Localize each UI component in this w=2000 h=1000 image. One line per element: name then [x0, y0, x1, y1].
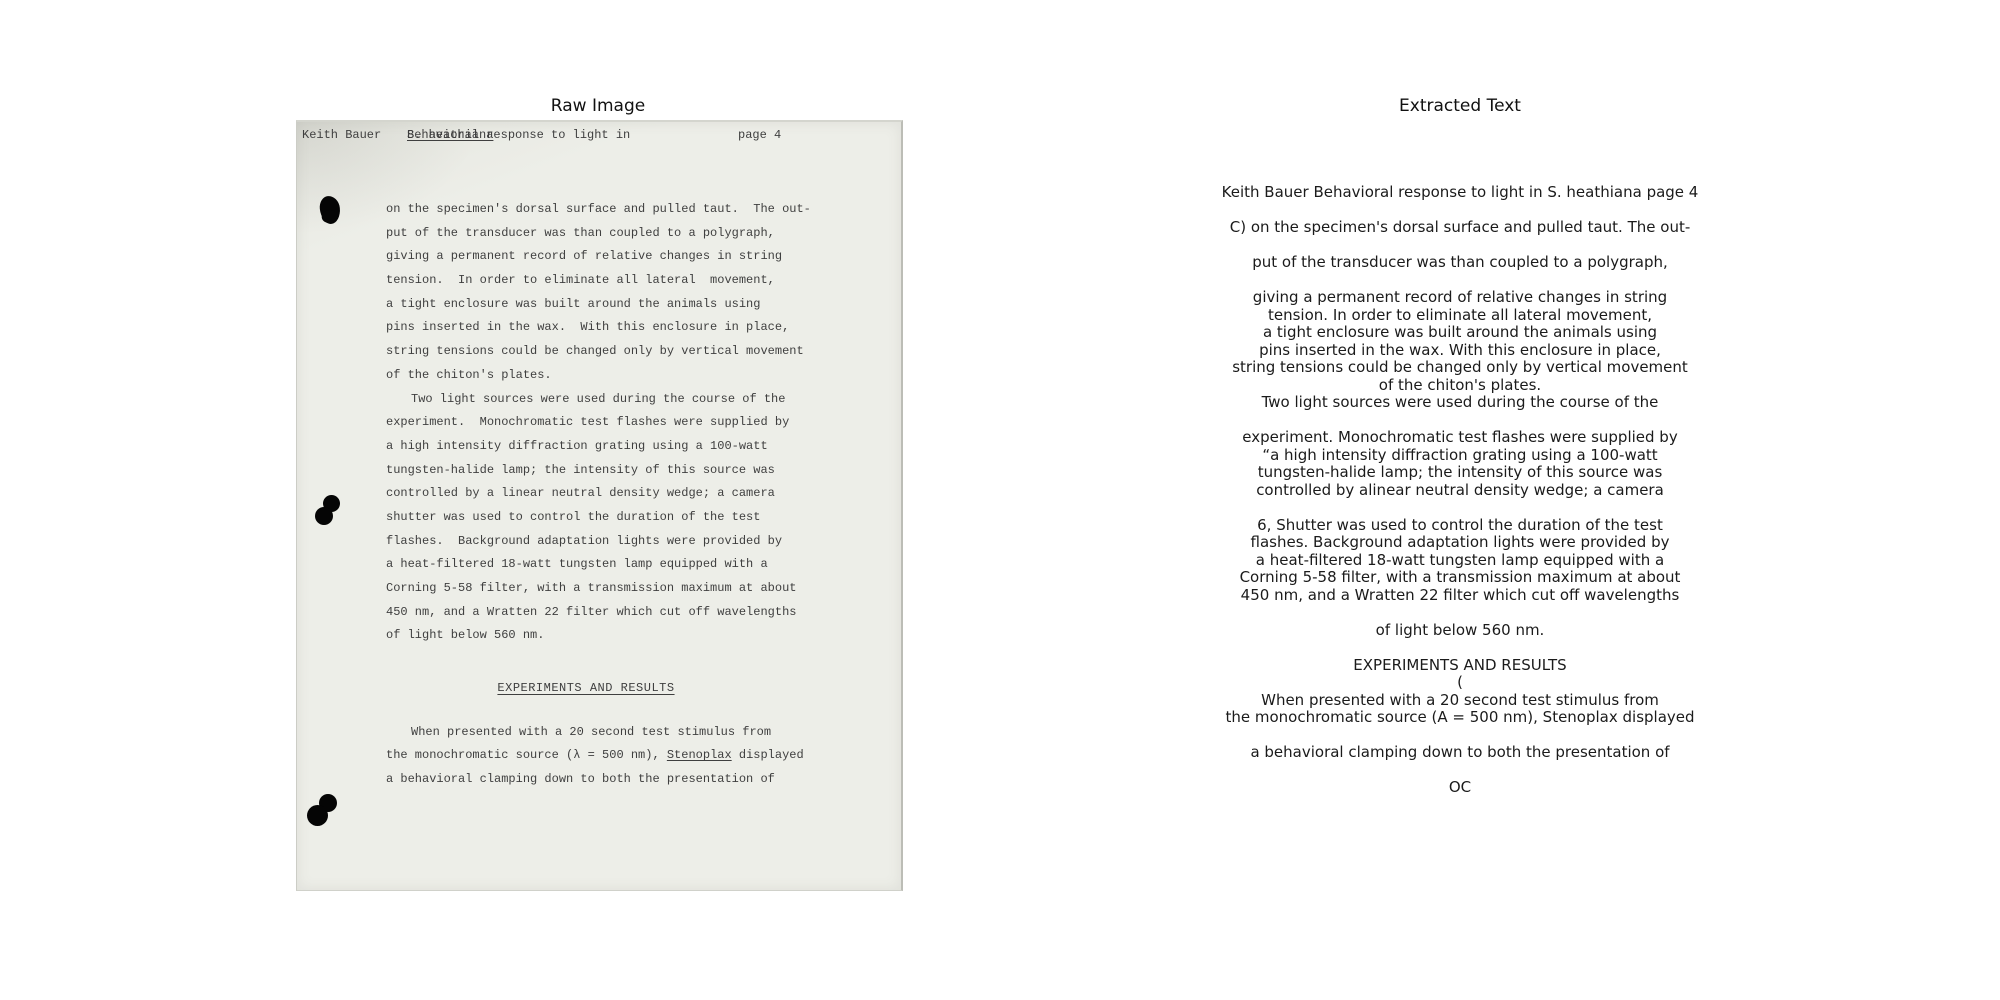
- extracted-line: a tight enclosure was built around the a…: [1160, 324, 1760, 342]
- line-spacer: [386, 701, 826, 721]
- extracted-line: 6, Shutter was used to control the durat…: [1160, 517, 1760, 535]
- typewriter-line: string tensions could be changed only by…: [386, 340, 826, 364]
- extracted-line: C) on the specimen's dorsal surface and …: [1160, 219, 1760, 237]
- line-spacer: [386, 648, 826, 677]
- extracted-line: When presented with a 20 second test sti…: [1160, 692, 1760, 710]
- extracted-line: Corning 5-58 filter, with a transmission…: [1160, 569, 1760, 587]
- extracted-blank-line: [1160, 727, 1760, 745]
- underlined-species: Stenoplax: [667, 748, 732, 762]
- extracted-line: the monochromatic source (A = 500 nm), S…: [1160, 709, 1760, 727]
- ink-blob: [319, 794, 337, 812]
- extracted-blank-line: [1160, 237, 1760, 255]
- typewriter-line: on the specimen's dorsal surface and pul…: [386, 198, 826, 222]
- typewriter-line: tension. In order to eliminate all later…: [386, 269, 826, 293]
- extracted-line: Two light sources were used during the c…: [1160, 394, 1760, 412]
- ink-blob: [319, 195, 342, 225]
- extracted-blank-line: [1160, 412, 1760, 430]
- extracted-line: experiment. Monochromatic test flashes w…: [1160, 429, 1760, 447]
- typewriter-line: the monochromatic source (λ = 500 nm), S…: [386, 744, 826, 768]
- extracted-line: put of the transducer was than coupled t…: [1160, 254, 1760, 272]
- typewriter-line: a behavioral clamping down to both the p…: [386, 768, 826, 792]
- extracted-line: pins inserted in the wax. With this encl…: [1160, 342, 1760, 360]
- typewriter-line: Corning 5-58 filter, with a transmission…: [386, 577, 826, 601]
- extracted-line: controlled by alinear neutral density we…: [1160, 482, 1760, 500]
- document-title-species: S. heathiana: [407, 128, 493, 142]
- typewriter-line: pins inserted in the wax. With this encl…: [386, 316, 826, 340]
- extracted-line: 450 nm, and a Wratten 22 filter which cu…: [1160, 587, 1760, 605]
- section-heading: EXPERIMENTS AND RESULTS: [386, 677, 826, 701]
- extracted-blank-line: [1160, 202, 1760, 220]
- extracted-line: a behavioral clamping down to both the p…: [1160, 744, 1760, 762]
- extracted-line: (: [1160, 674, 1760, 692]
- extracted-blank-line: [1160, 639, 1760, 657]
- typewriter-line: a high intensity diffraction grating usi…: [386, 435, 826, 459]
- document-scan: Keith Bauer Behavioral response to light…: [296, 120, 903, 891]
- extracted-line: “a high intensity diffraction grating us…: [1160, 447, 1760, 465]
- extracted-text-panel-title: Extracted Text: [1160, 96, 1760, 116]
- typewriter-line: experiment. Monochromatic test flashes w…: [386, 411, 826, 435]
- typewriter-line: controlled by a linear neutral density w…: [386, 482, 826, 506]
- typewriter-line: shutter was used to control the duration…: [386, 506, 826, 530]
- typewriter-line: put of the transducer was than coupled t…: [386, 222, 826, 246]
- extracted-line: string tensions could be changed only by…: [1160, 359, 1760, 377]
- extracted-line: tension. In order to eliminate all later…: [1160, 307, 1760, 325]
- typewriter-line: giving a permanent record of relative ch…: [386, 245, 826, 269]
- extracted-blank-line: [1160, 272, 1760, 290]
- typewriter-line: a tight enclosure was built around the a…: [386, 293, 826, 317]
- line-fragment: the monochromatic source (λ = 500 nm),: [386, 748, 667, 762]
- typewriter-line: flashes. Background adaptation lights we…: [386, 530, 826, 554]
- document-author: Keith Bauer: [302, 128, 381, 142]
- extracted-line: tungsten-halide lamp; the intensity of t…: [1160, 464, 1760, 482]
- ink-blob: [323, 495, 340, 512]
- typewriter-line: a heat-filtered 18-watt tungsten lamp eq…: [386, 553, 826, 577]
- extracted-line: EXPERIMENTS AND RESULTS: [1160, 657, 1760, 675]
- raw-image-panel-title: Raw Image: [296, 96, 900, 116]
- typewriter-line: 450 nm, and a Wratten 22 filter which cu…: [386, 601, 826, 625]
- extracted-line: giving a permanent record of relative ch…: [1160, 289, 1760, 307]
- extracted-line: OC: [1160, 779, 1760, 797]
- extracted-line: flashes. Background adaptation lights we…: [1160, 534, 1760, 552]
- extracted-blank-line: [1160, 604, 1760, 622]
- extracted-line: of light below 560 nm.: [1160, 622, 1760, 640]
- extracted-line: Keith Bauer Behavioral response to light…: [1160, 184, 1760, 202]
- extracted-line: a heat-filtered 18-watt tungsten lamp eq…: [1160, 552, 1760, 570]
- typewriter-line: of the chiton's plates.: [386, 364, 826, 388]
- typewriter-line: of light below 560 nm.: [386, 624, 826, 648]
- extracted-line: of the chiton's plates.: [1160, 377, 1760, 395]
- line-fragment: displayed: [732, 748, 804, 762]
- extracted-text-block: Keith Bauer Behavioral response to light…: [1160, 184, 1760, 797]
- typewriter-line: Two light sources were used during the c…: [386, 388, 826, 412]
- typewriter-line: When presented with a 20 second test sti…: [386, 721, 826, 745]
- document-page-number: page 4: [738, 128, 781, 142]
- typewritten-body: on the specimen's dorsal surface and pul…: [386, 198, 826, 792]
- extracted-blank-line: [1160, 499, 1760, 517]
- extracted-blank-line: [1160, 762, 1760, 780]
- typewriter-line: tungsten-halide lamp; the intensity of t…: [386, 459, 826, 483]
